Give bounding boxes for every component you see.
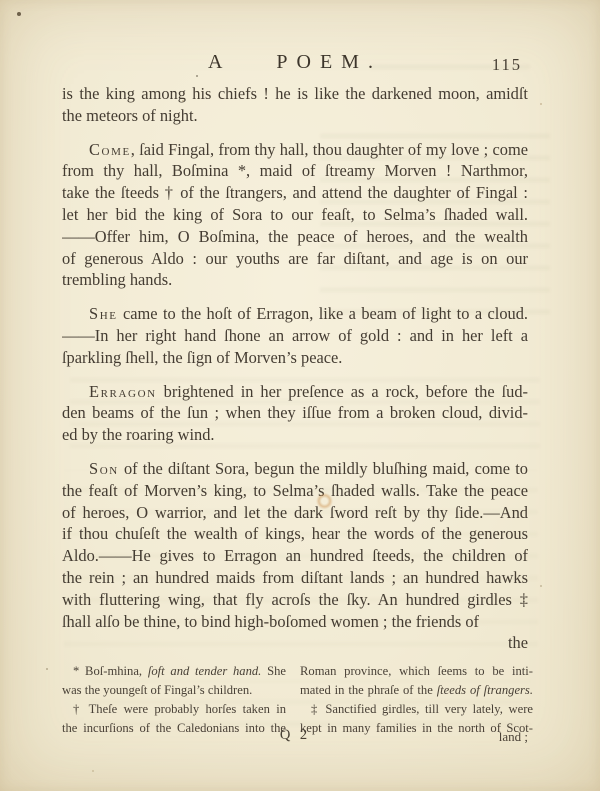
text-line: Erragon brightened in her preſence as a … (62, 381, 528, 403)
text-line: den beams of the ſun ; when they iſſue f… (62, 402, 528, 424)
running-title: A POEM. (62, 51, 528, 74)
text-line: of generous Aldo : our youths are far di… (62, 248, 528, 270)
signature-row: Q 2 land ; (62, 727, 528, 747)
text-line: Roman province, which ſeems to be inti- (300, 662, 533, 681)
text-line: ——In her right hand ſhone an arrow of go… (62, 325, 528, 347)
page-number: 115 (492, 55, 522, 75)
paper-specks (0, 0, 2, 2)
page-header: A POEM. 115 (62, 51, 528, 77)
text-line: trembling hands. (62, 269, 528, 291)
paragraph: Come, ſaid Fingal, from thy hall, thou d… (62, 139, 528, 292)
paragraph: Son of the diſtant Sora, begun the mildl… (62, 458, 528, 654)
text-line: She came to the hoſt of Erragon, like a … (62, 303, 528, 325)
paragraph: She came to the hoſt of Erragon, like a … (62, 303, 528, 368)
text-line: was the youngeſt of Fingal’s children. (62, 681, 286, 700)
body-text: is the king among his chiefs ! he is lik… (62, 83, 528, 654)
text-line: Son of the diſtant Sora, begun the mildl… (62, 458, 528, 480)
text-line: if thou chuſeſt the wealth of kings, hea… (62, 523, 528, 545)
text-line: the rein ; an hundred maids from diſtant… (62, 567, 528, 589)
text-line: Come, ſaid Fingal, from thy hall, thou d… (62, 139, 528, 161)
text-line: is the king among his chiefs ! he is lik… (62, 83, 528, 105)
text-line: Aldo.——He gives to Erragon an hundred ſt… (62, 545, 528, 567)
text-line: let her bid the king of Sora to our feaſ… (62, 204, 528, 226)
text-line: ——Offer him, O Boſmina, the peace of her… (62, 226, 528, 248)
book-page: A POEM. 115 is the king among his chiefs… (0, 0, 600, 791)
text-line: † Theſe were probably horſes taken in (62, 700, 286, 719)
text-line: ed by the roaring wind. (62, 424, 528, 446)
text-line: ſhall alſo be thine, to bind high-boſome… (62, 611, 528, 633)
signature-mark: Q 2 (62, 727, 528, 744)
text-line: * Boſ-mhina, ſoft and tender hand. She (62, 662, 286, 681)
text-line: from thy hall, Boſmina *, maid of ſtream… (62, 160, 528, 182)
paragraph: is the king among his chiefs ! he is lik… (62, 83, 528, 127)
paragraph: Erragon brightened in her preſence as a … (62, 381, 528, 446)
text-line: ſparkling ſhell, the ſign of Morven’s pe… (62, 347, 528, 369)
text-line: mated in the phraſe of the ſteeds of ſtr… (300, 681, 533, 700)
text-line: the feaſt of Morven’s king, to Selma’s ſ… (62, 480, 528, 502)
text-line: take the ſteeds † of the ſtrangers, and … (62, 182, 528, 204)
text-line: with fluttering wing, that fly acroſs th… (62, 589, 528, 611)
text-line: ‡ Sanctified girdles, till very lately, … (300, 700, 533, 719)
text-line: the meteors of night. (62, 105, 528, 127)
catchword: land ; (499, 729, 528, 745)
text-line: the (62, 632, 528, 654)
text-line: of heroes, O warrior, and let the dark ſ… (62, 502, 528, 524)
